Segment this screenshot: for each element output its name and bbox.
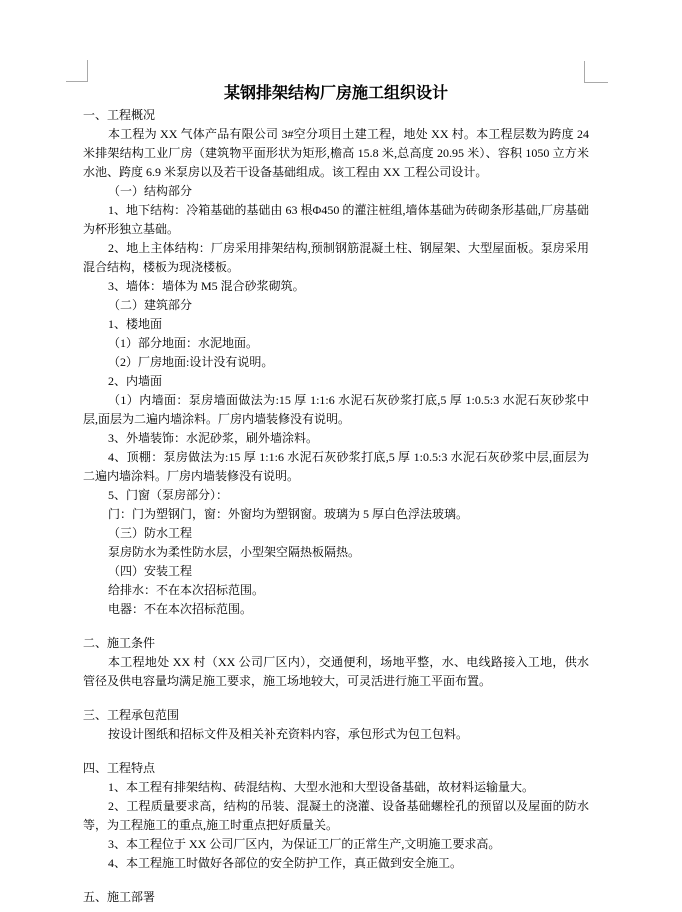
blank-line (83, 619, 589, 634)
paragraph: 按设计图纸和招标文件及相关补充资料内容，承包形式为包工包料。 (83, 725, 589, 744)
paragraph: 本工程为 XX 气体产品有限公司 3#空分项目土建工程，地处 XX 村。本工程层… (83, 125, 589, 182)
paragraph: 泵房防水为柔性防水层，小型架空隔热板隔热。 (83, 543, 589, 562)
paragraph: （三）防水工程 (83, 524, 589, 543)
paragraph: 5、门窗（泵房部分）： (83, 486, 589, 505)
paragraph: 给排水：不在本次招标范围。 (83, 581, 589, 600)
document-page: 某钢排架结构厂房施工组织设计 一、工程概况本工程为 XX 气体产品有限公司 3#… (0, 0, 682, 912)
document-title: 某钢排架结构厂房施工组织设计 (83, 81, 589, 106)
section-heading: 二、施工条件 (83, 634, 589, 653)
section-heading: 三、工程承包范围 (83, 706, 589, 725)
paragraph: （1）内墙面：泵房墙面做法为:15 厚 1:1:6 水泥石灰砂浆打底,5 厚 1… (83, 391, 589, 429)
paragraph: 3、墙体：墙体为 M5 混合砂浆砌筑。 (83, 277, 589, 296)
paragraph: （一）结构部分 (83, 182, 589, 201)
paragraph: 4、顶棚：泵房做法为:15 厚 1:1:6 水泥石灰砂浆打底,5 厚 1:0.5… (83, 448, 589, 486)
paragraph: 2、内墙面 (83, 372, 589, 391)
paragraph: 1、地下结构：冷箱基础的基础由 63 根Φ450 的灌注桩组,墙体基础为砖砌条形… (83, 201, 589, 239)
paragraph: （2）厂房地面:设计没有说明。 (83, 353, 589, 372)
document-body: 一、工程概况本工程为 XX 气体产品有限公司 3#空分项目土建工程，地处 XX … (83, 106, 589, 907)
paragraph: （四）安装工程 (83, 562, 589, 581)
section-heading: 一、工程概况 (83, 106, 589, 125)
paragraph: 2、地上主体结构：厂房采用排架结构,预制钢筋混凝土柱、钢屋架、大型屋面板。泵房采… (83, 239, 589, 277)
section-heading: 五、施工部署 (83, 888, 589, 907)
paragraph: 3、本工程位于 XX 公司厂区内，为保证工厂的正常生产,文明施工要求高。 (83, 835, 589, 854)
paragraph: 门：门为塑钢门，窗：外窗均为塑钢窗。玻璃为 5 厚白色浮法玻璃。 (83, 505, 589, 524)
paragraph: 1、楼地面 (83, 315, 589, 334)
paragraph: （1）部分地面：水泥地面。 (83, 334, 589, 353)
paragraph: 本工程地处 XX 村（XX 公司厂区内），交通便利，场地平整，水、电线路接入工地… (83, 653, 589, 691)
section-heading: 四、工程特点 (83, 759, 589, 778)
paragraph: 2、工程质量要求高，结构的吊装、混凝土的浇灌、设备基础螺栓孔的预留以及屋面的防水… (83, 797, 589, 835)
blank-line (83, 691, 589, 706)
crop-mark-top-left-icon (66, 60, 88, 82)
paragraph: （二）建筑部分 (83, 296, 589, 315)
paragraph: 4、本工程施工时做好各部位的安全防护工作，真正做到安全施工。 (83, 854, 589, 873)
blank-line (83, 744, 589, 759)
crop-mark-top-right-icon (584, 61, 608, 83)
paragraph: 3、外墙装饰：水泥砂浆，刷外墙涂料。 (83, 429, 589, 448)
paragraph: 1、本工程有排架结构、砖混结构、大型水池和大型设备基础，故材料运输量大。 (83, 778, 589, 797)
paragraph: 电器：不在本次招标范围。 (83, 600, 589, 619)
document-content: 某钢排架结构厂房施工组织设计 一、工程概况本工程为 XX 气体产品有限公司 3#… (83, 81, 589, 907)
blank-line (83, 873, 589, 888)
